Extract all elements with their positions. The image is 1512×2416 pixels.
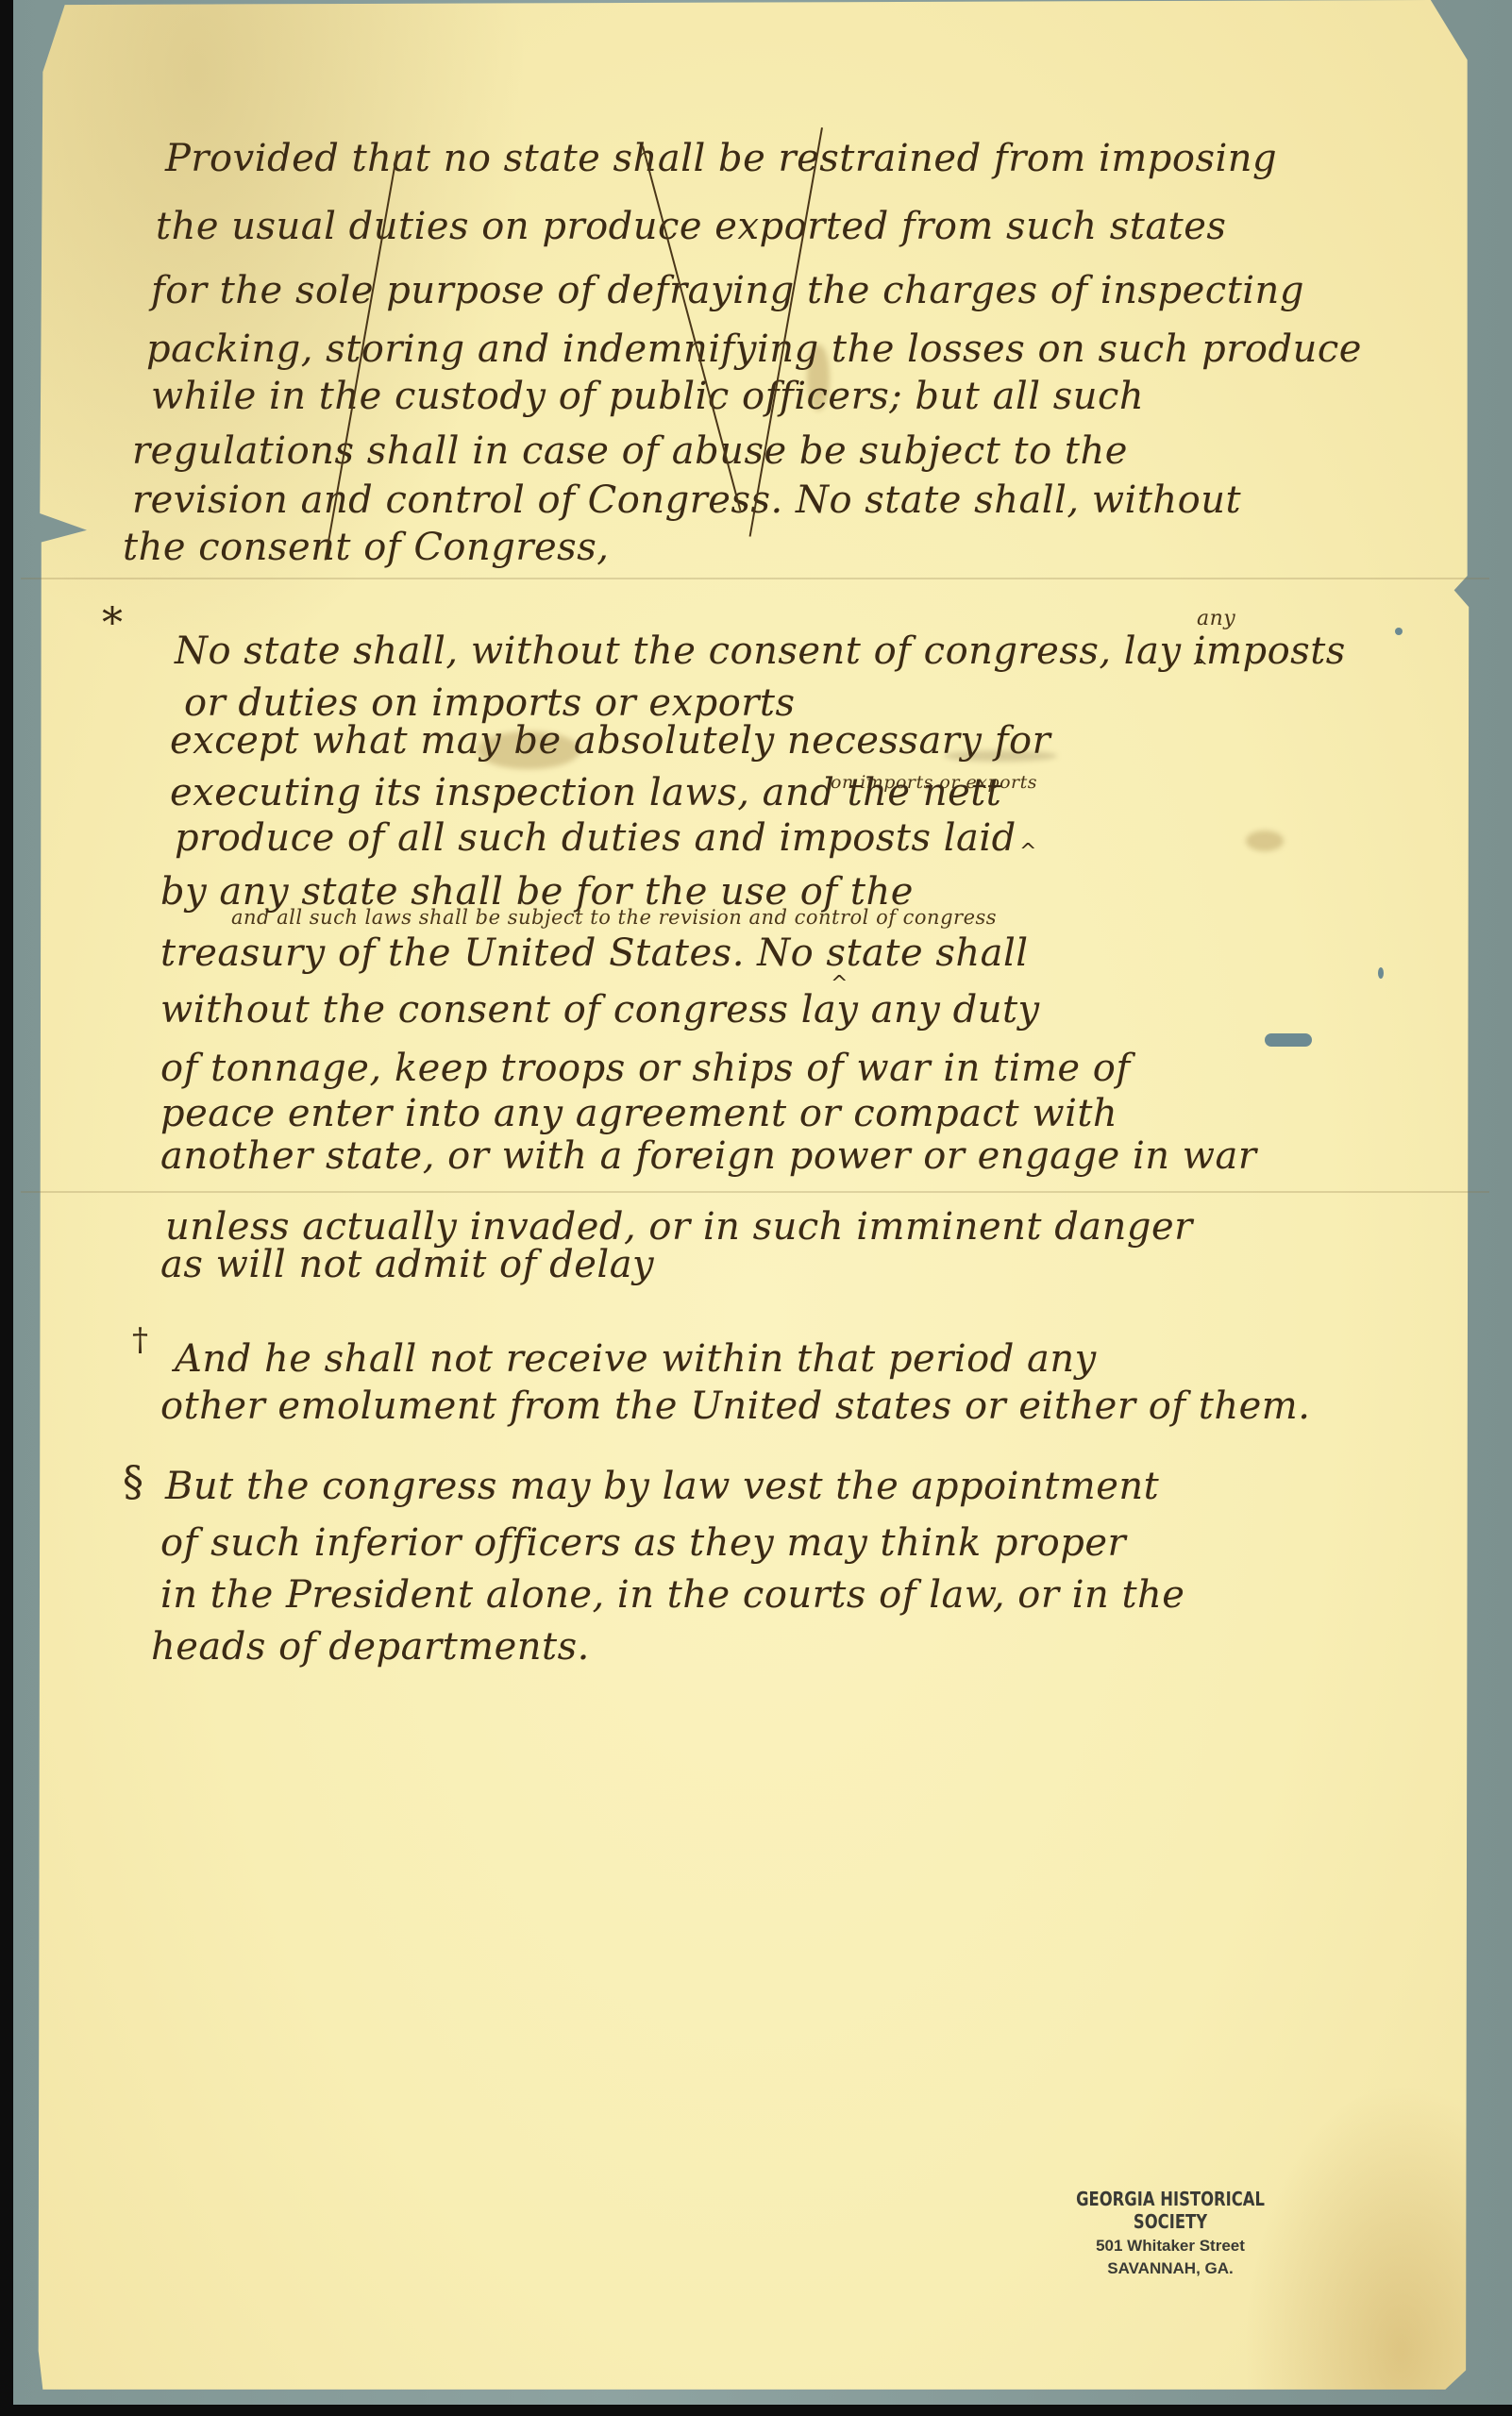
manuscript-line: of such inferior officers as they may th… xyxy=(160,1524,1126,1562)
manuscript-line: of tonnage, keep troops or ships of war … xyxy=(160,1049,1131,1087)
manuscript-line: without the consent of congress lay any … xyxy=(160,991,1040,1029)
interlineation-any: any xyxy=(1197,609,1235,629)
insertion-caret: ^ xyxy=(1019,840,1036,864)
manuscript-line: unless actually invaded, or in such immi… xyxy=(165,1208,1193,1246)
manuscript-line: another state, or with a foreign power o… xyxy=(160,1137,1256,1175)
manuscript-line: or duties on imports or exports xyxy=(184,684,796,722)
manuscript-line: except what may be absolutely necessary … xyxy=(170,722,1050,760)
manuscript-line: Provided that no state shall be restrain… xyxy=(165,140,1277,177)
manuscript-line: for the sole purpose of defraying the ch… xyxy=(151,272,1304,310)
stamp-street: 501 Whitaker Street xyxy=(1029,2237,1312,2256)
manuscript-line: produce of all such duties and imposts l… xyxy=(175,819,1016,857)
paper-speck xyxy=(1395,628,1403,635)
stamp-city: SAVANNAH, GA. xyxy=(1029,2259,1312,2278)
manuscript-line: as will not admit of delay xyxy=(160,1246,654,1283)
asterisk-marker: * xyxy=(102,599,123,647)
manuscript-line: No state shall, without the consent of c… xyxy=(175,632,1346,670)
manuscript-line: treasury of the United States. No state … xyxy=(160,934,1029,972)
manuscript-line: But the congress may by law vest the app… xyxy=(165,1468,1159,1505)
manuscript-line: executing its inspection laws, and the n… xyxy=(170,774,1001,812)
scan-frame: Provided that no state shall be restrain… xyxy=(0,0,1512,2416)
paper-speck xyxy=(1265,1033,1312,1047)
stamp-institution: GEORGIA HISTORICAL SOCIETY xyxy=(1054,2188,1286,2233)
paper-speck xyxy=(1378,967,1384,979)
manuscript-line: while in the custody of public officers;… xyxy=(151,377,1144,415)
manuscript-line: by any state shall be for the use of the xyxy=(160,873,914,911)
manuscript-line: other emolument from the United states o… xyxy=(160,1387,1310,1425)
manuscript-line: the consent of Congress, xyxy=(123,528,609,566)
section-marker: § xyxy=(123,1458,143,1506)
dagger-marker: † xyxy=(132,1321,148,1359)
manuscript-line: heads of departments. xyxy=(151,1628,590,1666)
archive-stamp: GEORGIA HISTORICAL SOCIETY 501 Whitaker … xyxy=(1029,2188,1312,2278)
ink-stain xyxy=(1246,830,1284,851)
manuscript-line: peace enter into any agreement or compac… xyxy=(160,1095,1117,1132)
manuscript-line: in the President alone, in the courts of… xyxy=(160,1576,1184,1614)
line-text: produce of all such duties and imposts l… xyxy=(175,816,1016,860)
manuscript-line: And he shall not receive within that per… xyxy=(175,1340,1097,1378)
fold-line xyxy=(21,1191,1489,1193)
manuscript-line: packing, storing and indemnifying the lo… xyxy=(146,330,1362,368)
manuscript-line: regulations shall in case of abuse be su… xyxy=(132,432,1128,470)
manuscript-line: the usual duties on produce exported fro… xyxy=(156,208,1226,245)
manuscript-line: revision and control of Congress. No sta… xyxy=(132,481,1241,519)
fold-line xyxy=(21,578,1489,579)
